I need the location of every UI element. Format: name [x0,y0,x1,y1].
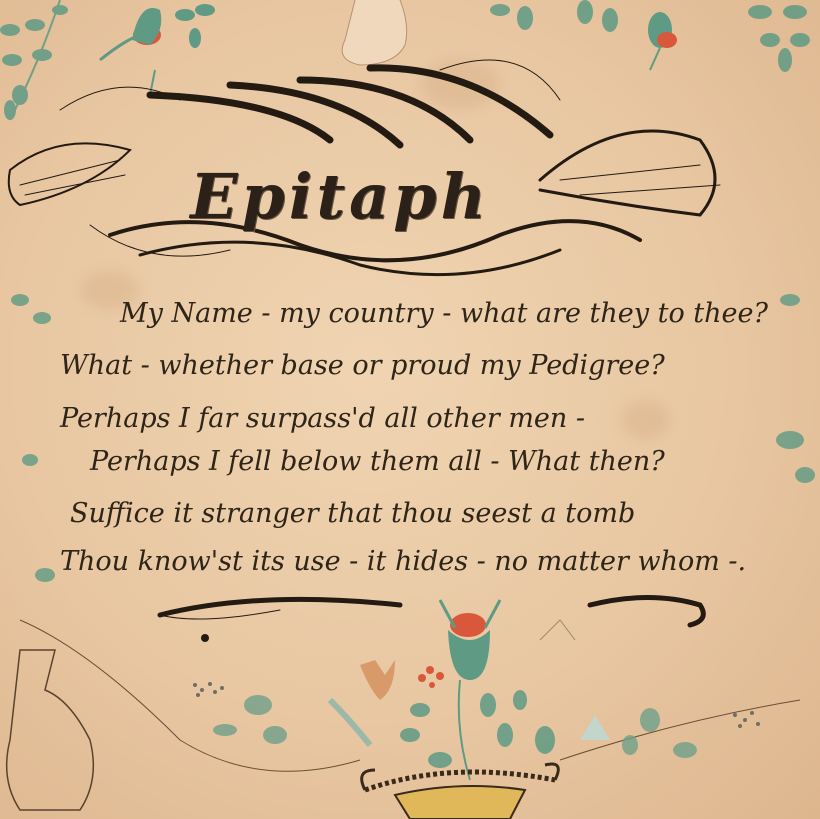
berry-cluster-icon [193,682,760,728]
epitaph-manuscript: Epitaph My Name - my country - what are … [0,0,820,819]
small-flower-icon [418,666,444,688]
urn-icon [362,764,559,819]
poem-line-2: What - whether base or proud my Pedigree… [60,350,665,381]
ink-blot [201,634,209,642]
epitaph-title: Epitaph [160,160,520,233]
leaf-spray-icon [11,294,815,582]
pitcher-icon [7,650,94,810]
bouquet-icon [330,600,610,780]
poem-line-4: Perhaps I fell below them all - What the… [90,446,665,477]
poem-line-3: Perhaps I far surpass'd all other men - [60,403,585,434]
poem-line-5: Suffice it stranger that thou seest a to… [70,498,635,529]
leaf-spray-icon [0,0,68,120]
flourish-icon [9,60,720,625]
poem-line-1: My Name - my country - what are they to … [120,298,768,329]
poem-line-6: Thou know'st its use - it hides - no mat… [60,546,746,577]
rose-bud-icon [100,4,215,95]
rose-bud-icon [648,12,677,70]
pitcher-icon [342,0,407,65]
tulip-icon [360,660,395,700]
